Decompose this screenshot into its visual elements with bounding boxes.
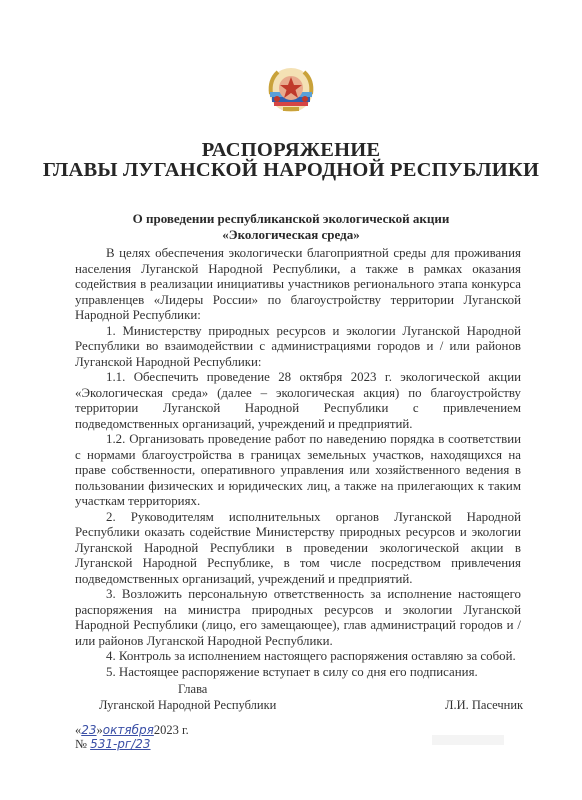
signatory-organization: Луганской Народной Республики [99,698,276,713]
clause-3: 3. Возложить персональную ответственност… [75,587,521,649]
clause-1-1: 1.1. Обеспечить проведение 28 октября 20… [75,370,521,432]
document-subject-line2: «Экологическая среда» [0,227,582,243]
faint-stamp-mark [432,735,504,745]
signatory-name: Л.И. Пасечник [445,698,523,713]
clause-1: 1. Министерству природных ресурсов и эко… [75,324,521,371]
signatory-position: Глава [178,682,207,697]
clause-2: 2. Руководителям исполнительных органов … [75,510,521,588]
handwritten-number: 531-рг/23 [90,737,150,751]
handwritten-day: 23 [81,723,96,737]
document-subject-line1: О проведении республиканской экологическ… [0,211,582,227]
handwritten-month: октября [103,723,154,737]
document-number: № 531-рг/23 [75,737,151,752]
document-issuer: ГЛАВЫ ЛУГАНСКОЙ НАРОДНОЙ РЕСПУБЛИКИ [0,159,582,182]
date-year: 2023 г. [154,723,189,737]
document-body: В целях обеспечения экологически благопр… [75,246,521,680]
clause-5: 5. Настоящее распоряжение вступает в сил… [75,665,521,681]
clause-1-2: 1.2. Организовать проведение работ по на… [75,432,521,510]
preamble-paragraph: В целях обеспечения экологически благопр… [75,246,521,324]
coat-of-arms-emblem [266,60,316,116]
clause-4: 4. Контроль за исполнением настоящего ра… [75,649,521,665]
document-date: «23»октября2023 г. [75,723,189,738]
